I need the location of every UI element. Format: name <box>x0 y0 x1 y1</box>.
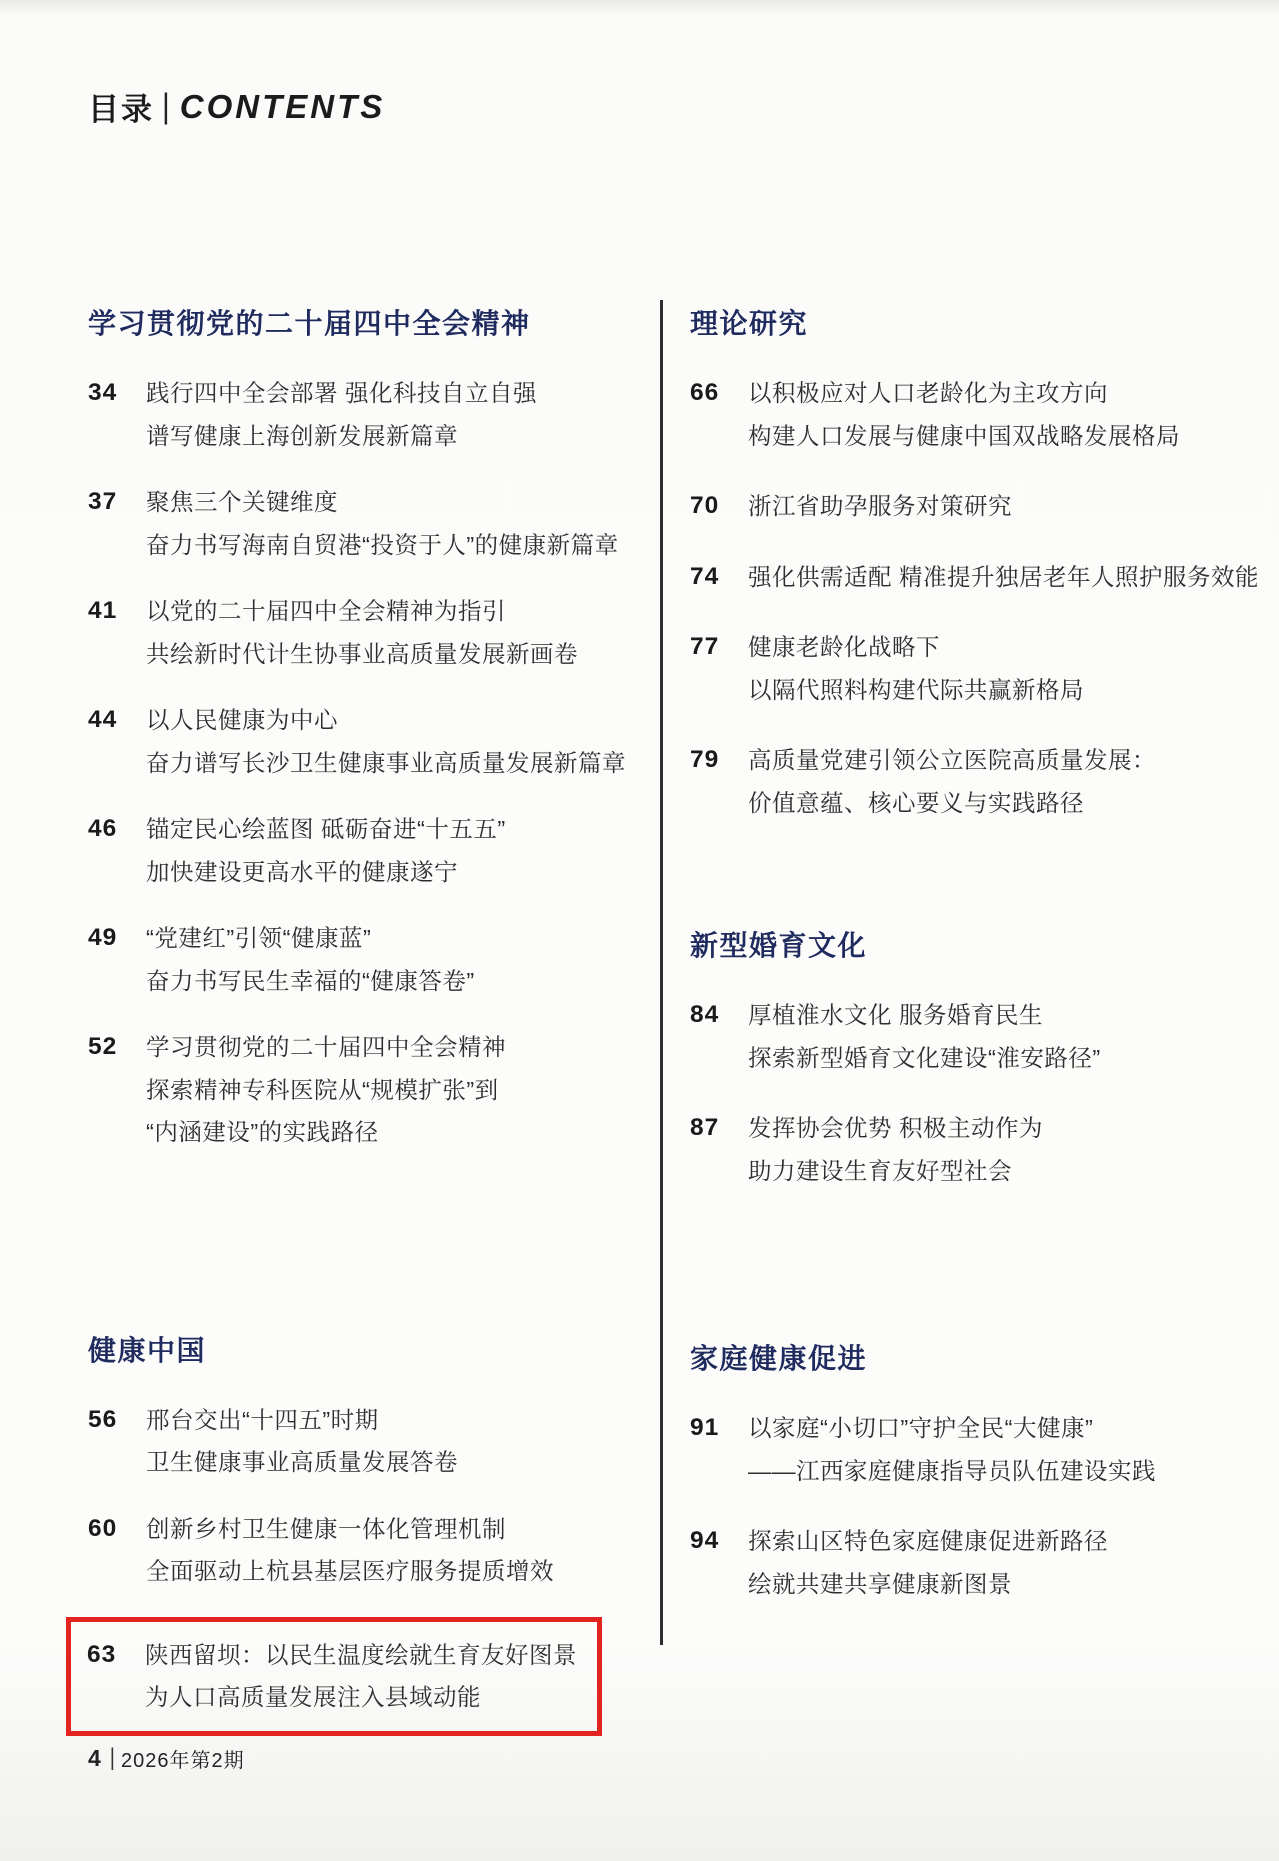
entry-title-line: “党建红”引领“健康蓝” <box>146 917 475 960</box>
entry-title-line: 绘就共建共享健康新图景 <box>748 1563 1108 1606</box>
left-column: 学习贯彻党的二十届四中全会精神34践行四中全会部署 强化科技自立自强谱写健康上海… <box>88 302 588 1736</box>
entry-title-line: 以党的二十届四中全会精神为指引 <box>146 590 578 633</box>
entry-page-number: 91 <box>690 1407 734 1450</box>
header-title-cjk: 目录 <box>88 84 154 129</box>
section-heading: 家庭健康促进 <box>690 1337 1230 1377</box>
entry-page-number: 79 <box>690 739 734 782</box>
entry-page-number: 66 <box>690 372 734 415</box>
entry-title: 以家庭“小切口”守护全民“大健康”——江西家庭健康指导员队伍建设实践 <box>748 1407 1156 1492</box>
entry-title-line: 厚植淮水文化 服务婚育民生 <box>748 994 1101 1037</box>
section-heading: 理论研究 <box>690 302 1230 342</box>
entry-title: 以党的二十届四中全会精神为指引共绘新时代计生协事业高质量发展新画卷 <box>146 590 578 675</box>
entry-title-line: 助力建设生育友好型社会 <box>748 1150 1043 1193</box>
entry-title-line: 价值意蕴、核心要义与实践路径 <box>748 782 1156 825</box>
toc-entry: 91以家庭“小切口”守护全民“大健康”——江西家庭健康指导员队伍建设实践 <box>690 1407 1230 1492</box>
entry-page-number: 46 <box>88 808 132 851</box>
section-heading: 新型婚育文化 <box>690 924 1230 964</box>
toc-entry: 66以积极应对人口老龄化为主攻方向构建人口发展与健康中国双战略发展格局 <box>690 372 1230 457</box>
entry-page-number: 77 <box>690 626 734 669</box>
entry-page-number: 52 <box>88 1026 132 1069</box>
entry-title-line: 探索新型婚育文化建设“淮安路径” <box>748 1037 1101 1080</box>
toc-section: 健康中国56邢台交出“十四五”时期卫生健康事业高质量发展答卷60创新乡村卫生健康… <box>88 1329 588 1736</box>
entry-title: 高质量党建引领公立医院高质量发展：价值意蕴、核心要义与实践路径 <box>748 739 1156 824</box>
toc-page: 目录 | CONTENTS 学习贯彻党的二十届四中全会精神34践行四中全会部署 … <box>0 0 1279 1861</box>
toc-entry: 52学习贯彻党的二十届四中全会精神探索精神专科医院从“规模扩张”到“内涵建设”的… <box>88 1026 588 1154</box>
toc-entry: 77健康老龄化战略下以隔代照料构建代际共赢新格局 <box>690 626 1230 711</box>
entry-title: 以积极应对人口老龄化为主攻方向构建人口发展与健康中国双战略发展格局 <box>748 372 1180 457</box>
section-heading: 学习贯彻党的二十届四中全会精神 <box>88 302 588 342</box>
entry-page-number: 56 <box>88 1399 132 1442</box>
entry-title: 厚植淮水文化 服务婚育民生探索新型婚育文化建设“淮安路径” <box>748 994 1101 1079</box>
entry-title-line: 以家庭“小切口”守护全民“大健康” <box>748 1407 1156 1450</box>
entry-title-line: 奋力书写民生幸福的“健康答卷” <box>146 960 475 1003</box>
entry-title-line: 全面驱动上杭县基层医疗服务提质增效 <box>146 1550 554 1593</box>
section-heading: 健康中国 <box>88 1329 588 1369</box>
entry-title-line: 共绘新时代计生协事业高质量发展新画卷 <box>146 633 578 676</box>
toc-entry: 87发挥协会优势 积极主动作为助力建设生育友好型社会 <box>690 1107 1230 1192</box>
page-header: 目录 | CONTENTS <box>88 84 385 129</box>
entry-title-line: 邢台交出“十四五”时期 <box>146 1399 458 1442</box>
entry-page-number: 84 <box>690 994 734 1037</box>
entry-title: 探索山区特色家庭健康促进新路径绘就共建共享健康新图景 <box>748 1520 1108 1605</box>
toc-section: 理论研究66以积极应对人口老龄化为主攻方向构建人口发展与健康中国双战略发展格局7… <box>690 302 1230 824</box>
entry-title: 陕西留坝：以民生温度绘就生育友好图景为人口高质量发展注入县域动能 <box>145 1634 577 1719</box>
entry-title-line: 健康老龄化战略下 <box>748 626 1084 669</box>
entry-title: 浙江省助孕服务对策研究 <box>748 485 1012 528</box>
entry-title-line: 聚焦三个关键维度 <box>146 481 619 524</box>
entry-title-line: 学习贯彻党的二十届四中全会精神 <box>146 1026 506 1069</box>
entry-title-line: 加快建设更高水平的健康遂宁 <box>146 851 506 894</box>
entry-title-line: 探索山区特色家庭健康促进新路径 <box>748 1520 1108 1563</box>
toc-entry: 41以党的二十届四中全会精神为指引共绘新时代计生协事业高质量发展新画卷 <box>88 590 588 675</box>
entry-title: 创新乡村卫生健康一体化管理机制全面驱动上杭县基层医疗服务提质增效 <box>146 1508 554 1593</box>
entry-page-number: 70 <box>690 485 734 528</box>
entry-title-line: 卫生健康事业高质量发展答卷 <box>146 1441 458 1484</box>
entry-title-line: 创新乡村卫生健康一体化管理机制 <box>146 1508 554 1551</box>
entry-title-line: 浙江省助孕服务对策研究 <box>748 485 1012 528</box>
toc-entry: 37聚焦三个关键维度奋力书写海南自贸港“投资于人”的健康新篇章 <box>88 481 588 566</box>
toc-entry: 56邢台交出“十四五”时期卫生健康事业高质量发展答卷 <box>88 1399 588 1484</box>
toc-entry: 34践行四中全会部署 强化科技自立自强谱写健康上海创新发展新篇章 <box>88 372 588 457</box>
entry-page-number: 41 <box>88 590 132 633</box>
toc-entry: 44以人民健康为中心奋力谱写长沙卫生健康事业高质量发展新篇章 <box>88 699 588 784</box>
footer-issue: 2026年第2期 <box>121 1744 245 1773</box>
toc-entry: 94探索山区特色家庭健康促进新路径绘就共建共享健康新图景 <box>690 1520 1230 1605</box>
entry-page-number: 94 <box>690 1520 734 1563</box>
entry-title: 强化供需适配 精准提升独居老年人照护服务效能 <box>748 556 1259 599</box>
entry-title: 聚焦三个关键维度奋力书写海南自贸港“投资于人”的健康新篇章 <box>146 481 619 566</box>
entry-title-line: 谱写健康上海创新发展新篇章 <box>146 415 537 458</box>
page-footer: 4 | 2026年第2期 <box>88 1744 245 1773</box>
entry-page-number: 63 <box>87 1634 131 1677</box>
toc-section: 新型婚育文化84厚植淮水文化 服务婚育民生探索新型婚育文化建设“淮安路径”87发… <box>690 924 1230 1192</box>
entry-title-line: “内涵建设”的实践路径 <box>146 1111 506 1154</box>
right-column: 理论研究66以积极应对人口老龄化为主攻方向构建人口发展与健康中国双战略发展格局7… <box>690 302 1230 1633</box>
entry-title-line: 锚定民心绘蓝图 砥砺奋进“十五五” <box>146 808 506 851</box>
entry-title-line: 发挥协会优势 积极主动作为 <box>748 1107 1043 1150</box>
entry-page-number: 34 <box>88 372 132 415</box>
toc-entry: 79高质量党建引领公立医院高质量发展：价值意蕴、核心要义与实践路径 <box>690 739 1230 824</box>
entry-page-number: 37 <box>88 481 132 524</box>
header-separator: | <box>162 87 170 126</box>
toc-entry: 84厚植淮水文化 服务婚育民生探索新型婚育文化建设“淮安路径” <box>690 994 1230 1079</box>
entry-page-number: 74 <box>690 556 734 599</box>
column-divider <box>660 300 663 1645</box>
toc-section: 家庭健康促进91以家庭“小切口”守护全民“大健康”——江西家庭健康指导员队伍建设… <box>690 1337 1230 1605</box>
entry-title: 学习贯彻党的二十届四中全会精神探索精神专科医院从“规模扩张”到“内涵建设”的实践… <box>146 1026 506 1154</box>
entry-page-number: 87 <box>690 1107 734 1150</box>
entry-page-number: 44 <box>88 699 132 742</box>
entry-title-line: 构建人口发展与健康中国双战略发展格局 <box>748 415 1180 458</box>
entry-title: 践行四中全会部署 强化科技自立自强谱写健康上海创新发展新篇章 <box>146 372 537 457</box>
entry-title-line: 陕西留坝：以民生温度绘就生育友好图景 <box>145 1634 577 1677</box>
toc-entry: 49“党建红”引领“健康蓝”奋力书写民生幸福的“健康答卷” <box>88 917 588 1002</box>
footer-page-number: 4 <box>88 1745 101 1772</box>
entry-title-line: 奋力书写海南自贸港“投资于人”的健康新篇章 <box>146 524 619 567</box>
header-title-en: CONTENTS <box>180 88 386 126</box>
entry-title: “党建红”引领“健康蓝”奋力书写民生幸福的“健康答卷” <box>146 917 475 1002</box>
entry-title-line: 探索精神专科医院从“规模扩张”到 <box>146 1069 506 1112</box>
footer-separator: | <box>110 1745 115 1773</box>
toc-section: 学习贯彻党的二十届四中全会精神34践行四中全会部署 强化科技自立自强谱写健康上海… <box>88 302 588 1154</box>
entry-title-line: 奋力谱写长沙卫生健康事业高质量发展新篇章 <box>146 742 626 785</box>
toc-entry: 74强化供需适配 精准提升独居老年人照护服务效能 <box>690 556 1230 599</box>
toc-entry: 46锚定民心绘蓝图 砥砺奋进“十五五”加快建设更高水平的健康遂宁 <box>88 808 588 893</box>
entry-page-number: 49 <box>88 917 132 960</box>
toc-entry-highlighted: 63陕西留坝：以民生温度绘就生育友好图景为人口高质量发展注入县域动能 <box>66 1617 602 1736</box>
entry-title-line: 强化供需适配 精准提升独居老年人照护服务效能 <box>748 556 1259 599</box>
entry-title-line: 以人民健康为中心 <box>146 699 626 742</box>
entry-title-line: ——江西家庭健康指导员队伍建设实践 <box>748 1450 1156 1493</box>
toc-entry: 60创新乡村卫生健康一体化管理机制全面驱动上杭县基层医疗服务提质增效 <box>88 1508 588 1593</box>
entry-page-number: 60 <box>88 1508 132 1551</box>
entry-title-line: 为人口高质量发展注入县域动能 <box>145 1676 577 1719</box>
entry-title-line: 践行四中全会部署 强化科技自立自强 <box>146 372 537 415</box>
entry-title: 锚定民心绘蓝图 砥砺奋进“十五五”加快建设更高水平的健康遂宁 <box>146 808 506 893</box>
entry-title-line: 以隔代照料构建代际共赢新格局 <box>748 669 1084 712</box>
entry-title-line: 以积极应对人口老龄化为主攻方向 <box>748 372 1180 415</box>
entry-title: 健康老龄化战略下以隔代照料构建代际共赢新格局 <box>748 626 1084 711</box>
entry-title-line: 高质量党建引领公立医院高质量发展： <box>748 739 1156 782</box>
entry-title: 邢台交出“十四五”时期卫生健康事业高质量发展答卷 <box>146 1399 458 1484</box>
toc-entry: 70浙江省助孕服务对策研究 <box>690 485 1230 528</box>
entry-title: 发挥协会优势 积极主动作为助力建设生育友好型社会 <box>748 1107 1043 1192</box>
entry-title: 以人民健康为中心奋力谱写长沙卫生健康事业高质量发展新篇章 <box>146 699 626 784</box>
